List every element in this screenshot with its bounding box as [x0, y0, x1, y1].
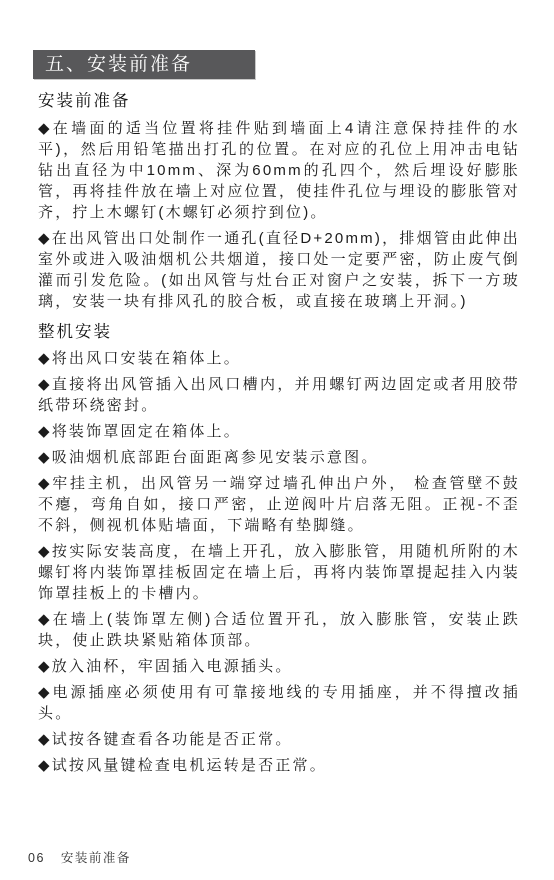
- bullet-paragraph: ◆按实际安装高度，在墙上开孔，放入膨胀管，用随机所附的木螺钉将内装饰罩挂板固定在…: [38, 541, 520, 604]
- bullet-paragraph: ◆试按各键查看各功能是否正常。: [38, 729, 520, 750]
- bullet-paragraph: ◆试按风量键检查电机运转是否正常。: [38, 755, 520, 776]
- bullet-paragraph: ◆在墙上(装饰罩左侧)合适位置开孔，放入膨胀管，安装止跌块，使止跌块紧贴箱体顶部…: [38, 609, 520, 651]
- page-number: 06: [28, 851, 45, 865]
- bullet-paragraph: ◆吸油烟机底部距台面距离参见安装示意图。: [38, 447, 520, 468]
- bullet-paragraph: ◆放入油杯，牢固插入电源插头。: [38, 656, 520, 677]
- section-whole-unit-install: 整机安装 ◆将出风口安装在箱体上。 ◆直接将出风管插入出风口槽内，并用螺钉两边固…: [38, 320, 520, 776]
- manual-page: 五、安装前准备 安装前准备 ◆在墙面的适当位置将挂件贴到墙面上4请注意保持挂件的…: [0, 0, 554, 880]
- bullet-paragraph: ◆电源插座必须使用有可靠接地线的专用插座，并不得擅改插头。: [38, 682, 520, 724]
- subheading-pre-install: 安装前准备: [38, 89, 520, 113]
- bullet-paragraph: ◆在墙面的适当位置将挂件贴到墙面上4请注意保持挂件的水平)，然后用铅笔描出打孔的…: [38, 118, 520, 223]
- bullet-paragraph: ◆直接将出风管插入出风口槽内，并用螺钉两边固定或者用胶带纸带环绕密封。: [38, 374, 520, 416]
- footer-label: 安装前准备: [61, 851, 131, 865]
- bullet-paragraph: ◆在出风管出口处制作一通孔(直径D+20mm)，排烟管由此伸出室外或进入吸油烟机…: [38, 228, 520, 312]
- page-footer: 06安装前准备: [28, 848, 131, 866]
- section-pre-install: 安装前准备 ◆在墙面的适当位置将挂件贴到墙面上4请注意保持挂件的水平)，然后用铅…: [38, 89, 520, 312]
- bullet-paragraph: ◆将出风口安装在箱体上。: [38, 348, 520, 369]
- subheading-whole-unit-install: 整机安装: [38, 320, 520, 344]
- section-title-bar: 五、安装前准备: [33, 50, 255, 79]
- section-title: 五、安装前准备: [45, 54, 192, 75]
- bullet-paragraph: ◆将装饰罩固定在箱体上。: [38, 421, 520, 442]
- bullet-paragraph: ◆牢挂主机，出风管另一端穿过墙孔伸出户外， 检查管壁不鼓不瘪，弯角自如，接口严密…: [38, 473, 520, 536]
- page-content: 五、安装前准备 安装前准备 ◆在墙面的适当位置将挂件贴到墙面上4请注意保持挂件的…: [38, 50, 520, 781]
